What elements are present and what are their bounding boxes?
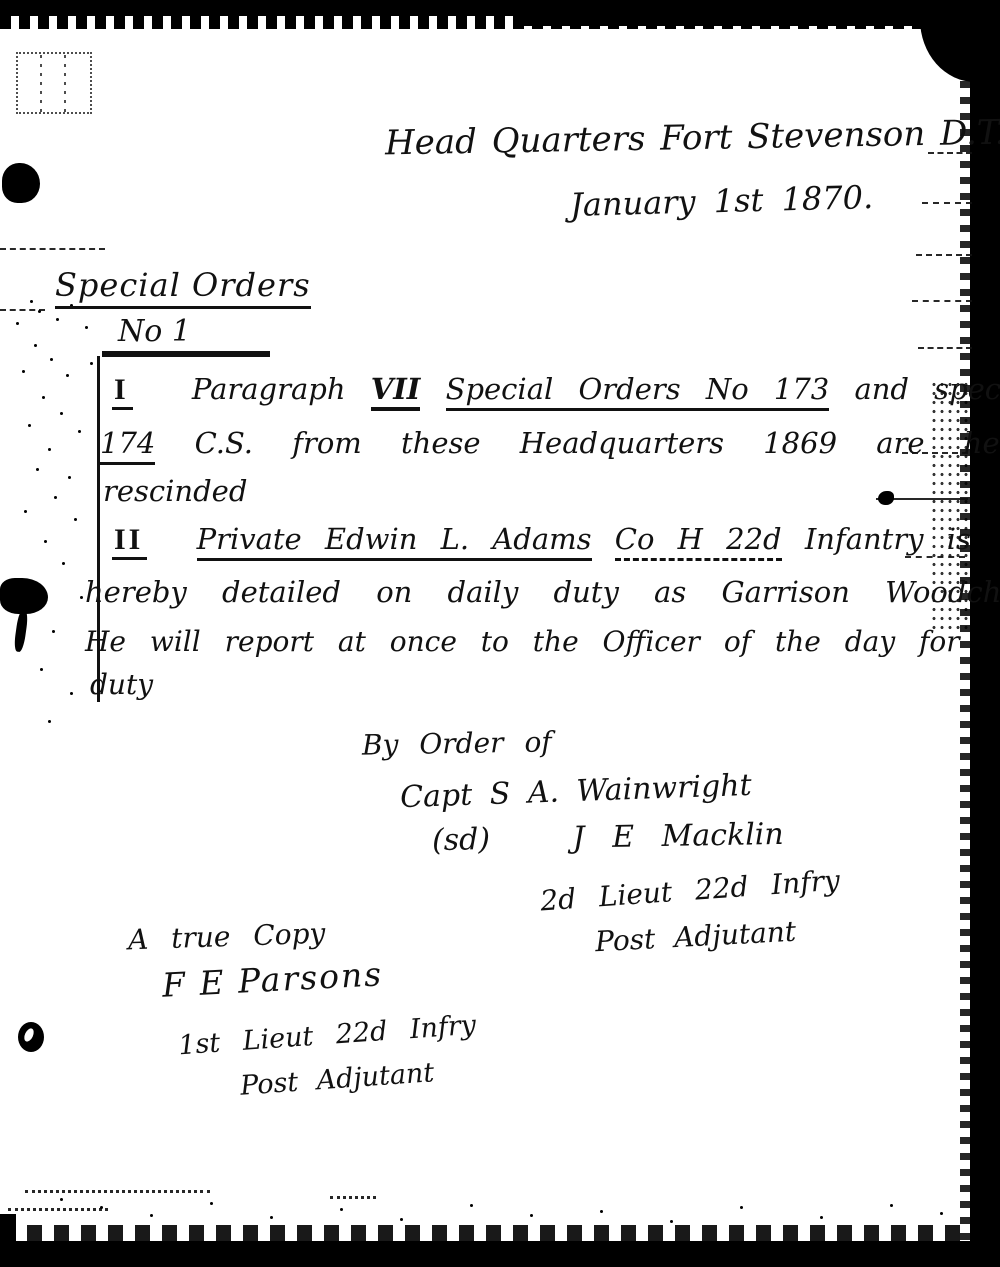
ruled-line-stub: [916, 254, 972, 256]
ink-fleck: [878, 491, 894, 505]
punch-hole-mark: [18, 1022, 44, 1052]
para-1-line-2: 174 C.S. from these Headquarters 1869 ar…: [100, 426, 1000, 460]
heading-date: January 1st 1870.: [570, 178, 874, 224]
para-1-order-ref: Special Orders No 173: [446, 372, 830, 411]
certification-signature: F E Parsons: [161, 954, 384, 1005]
para-2-line-2: hereby detailed on daily duty as Garriso…: [85, 575, 1000, 609]
ink-blot: [2, 163, 40, 203]
para-2-soldier-name: Private Edwin L. Adams: [197, 522, 592, 561]
certification-rank: 1st Lieut 22d Infry: [177, 1010, 477, 1062]
scan-artifact-grid: [16, 52, 92, 114]
para-2-numeral: II: [112, 523, 147, 560]
scan-speckles-bottom: [60, 1198, 63, 1201]
heading-location: Head Quarters Fort Stevenson D.T.: [385, 113, 1000, 164]
ruled-line-stub: [918, 347, 972, 349]
scan-speckles-left: [30, 300, 33, 303]
signature-commander: Capt S A. Wainwright: [399, 768, 752, 815]
ruled-line-stub: [912, 300, 972, 302]
scan-border-bottom-ragged: [0, 1225, 1000, 1245]
ink-blot: [0, 578, 48, 614]
scan-noise-row: [330, 1196, 376, 1199]
order-number-underline: [102, 351, 270, 357]
para-1-text: Paragraph: [192, 372, 346, 406]
para-1-numeral: I: [112, 373, 133, 410]
signature-rank: 2d Lieut 22d Infry: [539, 864, 841, 918]
para-2-company: Co H 22d: [615, 522, 782, 561]
scan-noise-row: [8, 1208, 108, 1211]
ruled-line-stub: [0, 309, 45, 311]
para-2-line-1: II Private Edwin L. Adams Co H 22d Infan…: [112, 522, 971, 557]
para-2-line-4: duty: [90, 668, 153, 701]
para-2-text: Infantry is: [805, 522, 971, 556]
order-title: Special Orders: [55, 266, 311, 309]
scan-border-right-ragged: [960, 30, 972, 1240]
signature-signed-name: (sd) J E Macklin: [432, 817, 784, 858]
para-1-line-3: rescinded: [103, 474, 247, 508]
scanned-document-page: Head Quarters Fort Stevenson D.T. Januar…: [0, 0, 1000, 1267]
scan-corner-top-right: [920, 16, 978, 82]
para-1-text: C.S. from these Headquarters 1869 are he…: [195, 426, 1000, 460]
scan-border-bottom-left: [0, 1214, 16, 1267]
ink-smear: [13, 610, 29, 653]
para-1-ref-numeral: VII: [371, 372, 421, 411]
scan-border-right: [970, 12, 1000, 1267]
signature-by-order: By Order of: [362, 725, 552, 761]
para-1-text: and special: [854, 372, 1000, 406]
order-number: No 1: [118, 314, 191, 349]
ruled-line-stub: [922, 202, 972, 204]
signature-title: Post Adjutant: [594, 915, 797, 958]
certification-title: Post Adjutant: [239, 1057, 435, 1101]
certification-label: A true Copy: [127, 917, 325, 957]
para-1-line-1: I Paragraph VII Special Orders No 173 an…: [112, 372, 1000, 407]
para-2-line-3: He will report at once to the Officer of…: [85, 625, 960, 658]
scan-noise-row: [25, 1190, 210, 1193]
para-1-order-ref-2: 174: [100, 426, 155, 465]
ruled-line-stub: [0, 248, 105, 250]
punch-hole-highlight: [22, 1027, 35, 1043]
